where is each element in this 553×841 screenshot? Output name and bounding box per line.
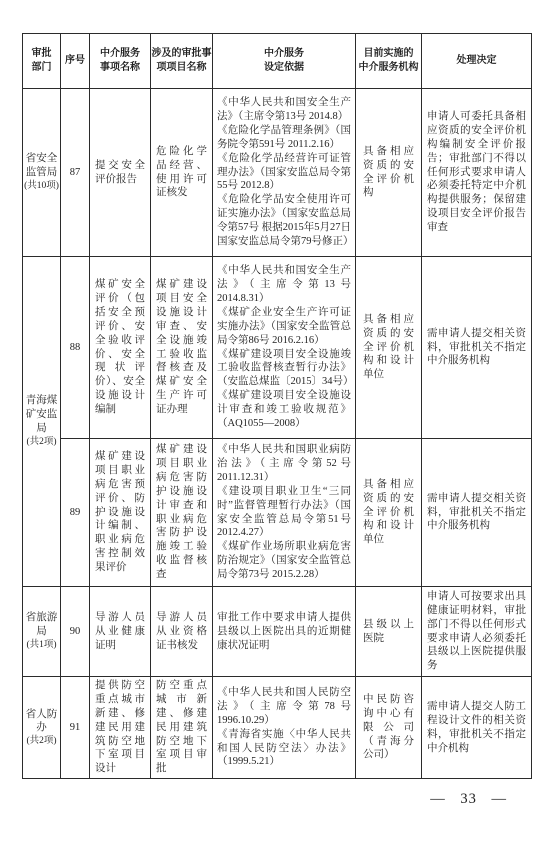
service-item-cell: 煤矿建设项目职业病危害预评价、防护设施设计编制、职业病危害控制效果评价 <box>90 439 151 587</box>
serial-cell: 91 <box>61 677 90 779</box>
basis-line: 审批工作中要求申请人提供县级以上医院出具的近期健康状况证明 <box>217 611 351 653</box>
legal-basis-cell: 审批工作中要求申请人提供县级以上医院出具的近期健康状况证明 <box>213 587 356 677</box>
agency-cell: 具备相应资质的安全评价机构和设计单位 <box>356 439 422 587</box>
header-service-item: 中介服务 事项名称 <box>90 34 151 89</box>
intermediary-services-table: 审批 部门 序号 中介服务 事项名称 涉及的审批事 项项目名称 中介服务 设定依… <box>22 33 532 779</box>
legal-basis-cell: 《中华人民共和国安全生产法》（主席令第13号 2014.8） 《危险化学品管理条… <box>213 89 356 257</box>
agency-cell: 县级以上医院 <box>356 587 422 677</box>
table-header-row: 审批 部门 序号 中介服务 事项名称 涉及的审批事 项项目名称 中介服务 设定依… <box>23 34 532 89</box>
service-item-cell: 提供防空重点城市新建、修建民用建筑防空地下室项目设计 <box>90 677 151 779</box>
table-row: 省旅游局 (共1项) 90 导游人员从业健康证明 导游人员从业资格证书核发 审批… <box>23 587 532 677</box>
dept-name: 省安全监管局 <box>24 152 59 180</box>
approval-dept-cell: 省人防办 (共2项) <box>23 677 61 779</box>
service-item-cell: 提交安全评价报告 <box>90 89 151 257</box>
decision-cell: 需申请人提交人防工程设计文件的相关资料，审批机关不指定中介机构 <box>422 677 532 779</box>
project-name-cell: 煤矿建设项目安全设施设计审查、安全设施竣工验收监督核查及煤矿安全生产许可证办理 <box>151 257 213 439</box>
project-name-cell: 导游人员从业资格证书核发 <box>151 587 213 677</box>
service-item-cell: 导游人员从业健康证明 <box>90 587 151 677</box>
basis-line: 《煤矿企业安全生产许可证实施办法》（国家安全监管总局令第86号 2016.2.1… <box>217 306 351 348</box>
project-name-cell: 危险化学品经营、使用许可证核发 <box>151 89 213 257</box>
serial-cell: 87 <box>61 89 90 257</box>
agency-cell: 中民防咨询中心有限公司（青海分公司） <box>356 677 422 779</box>
project-name-cell: 防空重点城市新建、修建民用建筑防空地下室项目审批 <box>151 677 213 779</box>
basis-line: 《建设项目职业卫生“三同时”监督管理暂行办法》（国家安全监管总局令第51号 20… <box>217 485 351 540</box>
header-serial-no: 序号 <box>61 34 90 89</box>
header-decision: 处理决定 <box>422 34 532 89</box>
dept-name: 青海煤矿安监局 <box>24 394 59 436</box>
basis-line: 《中华人民共和国人民防空法》（主席令第78号 1996.10.29） <box>217 686 351 728</box>
legal-basis-cell: 《中华人民共和国人民防空法》（主席令第78号 1996.10.29） 《青海省实… <box>213 677 356 779</box>
dept-count: (共2项) <box>24 436 59 449</box>
basis-line: 《青海省实施〈中华人民共和国人民防空法〉办法》（1999.5.21） <box>217 728 351 770</box>
header-legal-basis: 中介服务 设定依据 <box>213 34 356 89</box>
approval-dept-cell: 省安全监管局 (共10项) <box>23 89 61 257</box>
table-row: 省人防办 (共2项) 91 提供防空重点城市新建、修建民用建筑防空地下室项目设计… <box>23 677 532 779</box>
table-row: 青海煤矿安监局 (共2项) 88 煤矿安全评价（包括安全预评价、安全验收评价、安… <box>23 257 532 439</box>
document-page: 审批 部门 序号 中介服务 事项名称 涉及的审批事 项项目名称 中介服务 设定依… <box>0 0 553 841</box>
service-item-cell: 煤矿安全评价（包括安全预评价、安全验收评价、安全现状评价）、安全设施设计编制 <box>90 257 151 439</box>
header-project-name: 涉及的审批事 项项目名称 <box>151 34 213 89</box>
page-number: — 33 — <box>430 791 507 808</box>
agency-cell: 具备相应资质的安全评价机构和设计单位 <box>356 257 422 439</box>
dept-count: (共10项) <box>24 180 59 193</box>
serial-cell: 88 <box>61 257 90 439</box>
decision-cell: 需申请人提交相关资料，审批机关不指定中介服务机构 <box>422 439 532 587</box>
basis-line: 《中华人民共和国职业病防治法》（主席令第52号 2011.12.31） <box>217 443 351 485</box>
header-approval-dept: 审批 部门 <box>23 34 61 89</box>
legal-basis-cell: 《中华人民共和国安全生产法》（主席令第13号 2014.8.31） 《煤矿企业安… <box>213 257 356 439</box>
basis-line: 《中华人民共和国安全生产法》（主席令第13号 2014.8） <box>217 96 351 124</box>
table-row: 省安全监管局 (共10项) 87 提交安全评价报告 危险化学品经营、使用许可证核… <box>23 89 532 257</box>
approval-dept-cell: 青海煤矿安监局 (共2项) <box>23 257 61 587</box>
basis-line: 《煤矿作业场所职业病危害防治规定》（国家安全监管总局令第73号 2015.2.2… <box>217 540 351 582</box>
decision-cell: 申请人可委托具备相应资质的安全评价机构编制安全评价报告；审批部门不得以任何形式要… <box>422 89 532 257</box>
dept-name: 省人防办 <box>24 708 59 736</box>
basis-line: 《危险化学品管理条例》（国务院令第591号 2011.2.16） <box>217 124 351 152</box>
project-name-cell: 煤矿建设项目职业病危害防护设施设计审查和职业病危害防护设施竣工验收监督核查 <box>151 439 213 587</box>
agency-cell: 具备相应资质的安全评价机构 <box>356 89 422 257</box>
serial-cell: 90 <box>61 587 90 677</box>
basis-line: 《煤矿建设项目安全设施竣工验收监督核查暂行办法》（安监总煤监〔2015〕34号） <box>217 348 351 390</box>
serial-cell: 89 <box>61 439 90 587</box>
dept-name: 省旅游局 <box>24 611 59 639</box>
dept-count: (共1项) <box>24 639 59 652</box>
decision-cell: 需申请人提交相关资料，审批机关不指定中介服务机构 <box>422 257 532 439</box>
approval-dept-cell: 省旅游局 (共1项) <box>23 587 61 677</box>
basis-line: 《煤矿建设项目安全设施设计审查和竣工验收规范》（AQ1055—2008） <box>217 389 351 431</box>
legal-basis-cell: 《中华人民共和国职业病防治法》（主席令第52号 2011.12.31） 《建设项… <box>213 439 356 587</box>
dept-count: (共2项) <box>24 735 59 748</box>
basis-line: 《危险化学品经营许可证管理办法》（国家安监总局令第55号 2012.8） <box>217 152 351 194</box>
header-current-agency: 目前实施的 中介服务机构 <box>356 34 422 89</box>
basis-line: 《危险化学品安全使用许可证实施办法》（国家安监总局令第57号 根据2015年5月… <box>217 193 351 248</box>
decision-cell: 申请人可按要求出具健康证明材料，审批部门不得以任何形式要求申请人必须委托县级以上… <box>422 587 532 677</box>
table-row: 89 煤矿建设项目职业病危害预评价、防护设施设计编制、职业病危害控制效果评价 煤… <box>23 439 532 587</box>
basis-line: 《中华人民共和国安全生产法》（主席令第13号 2014.8.31） <box>217 264 351 306</box>
